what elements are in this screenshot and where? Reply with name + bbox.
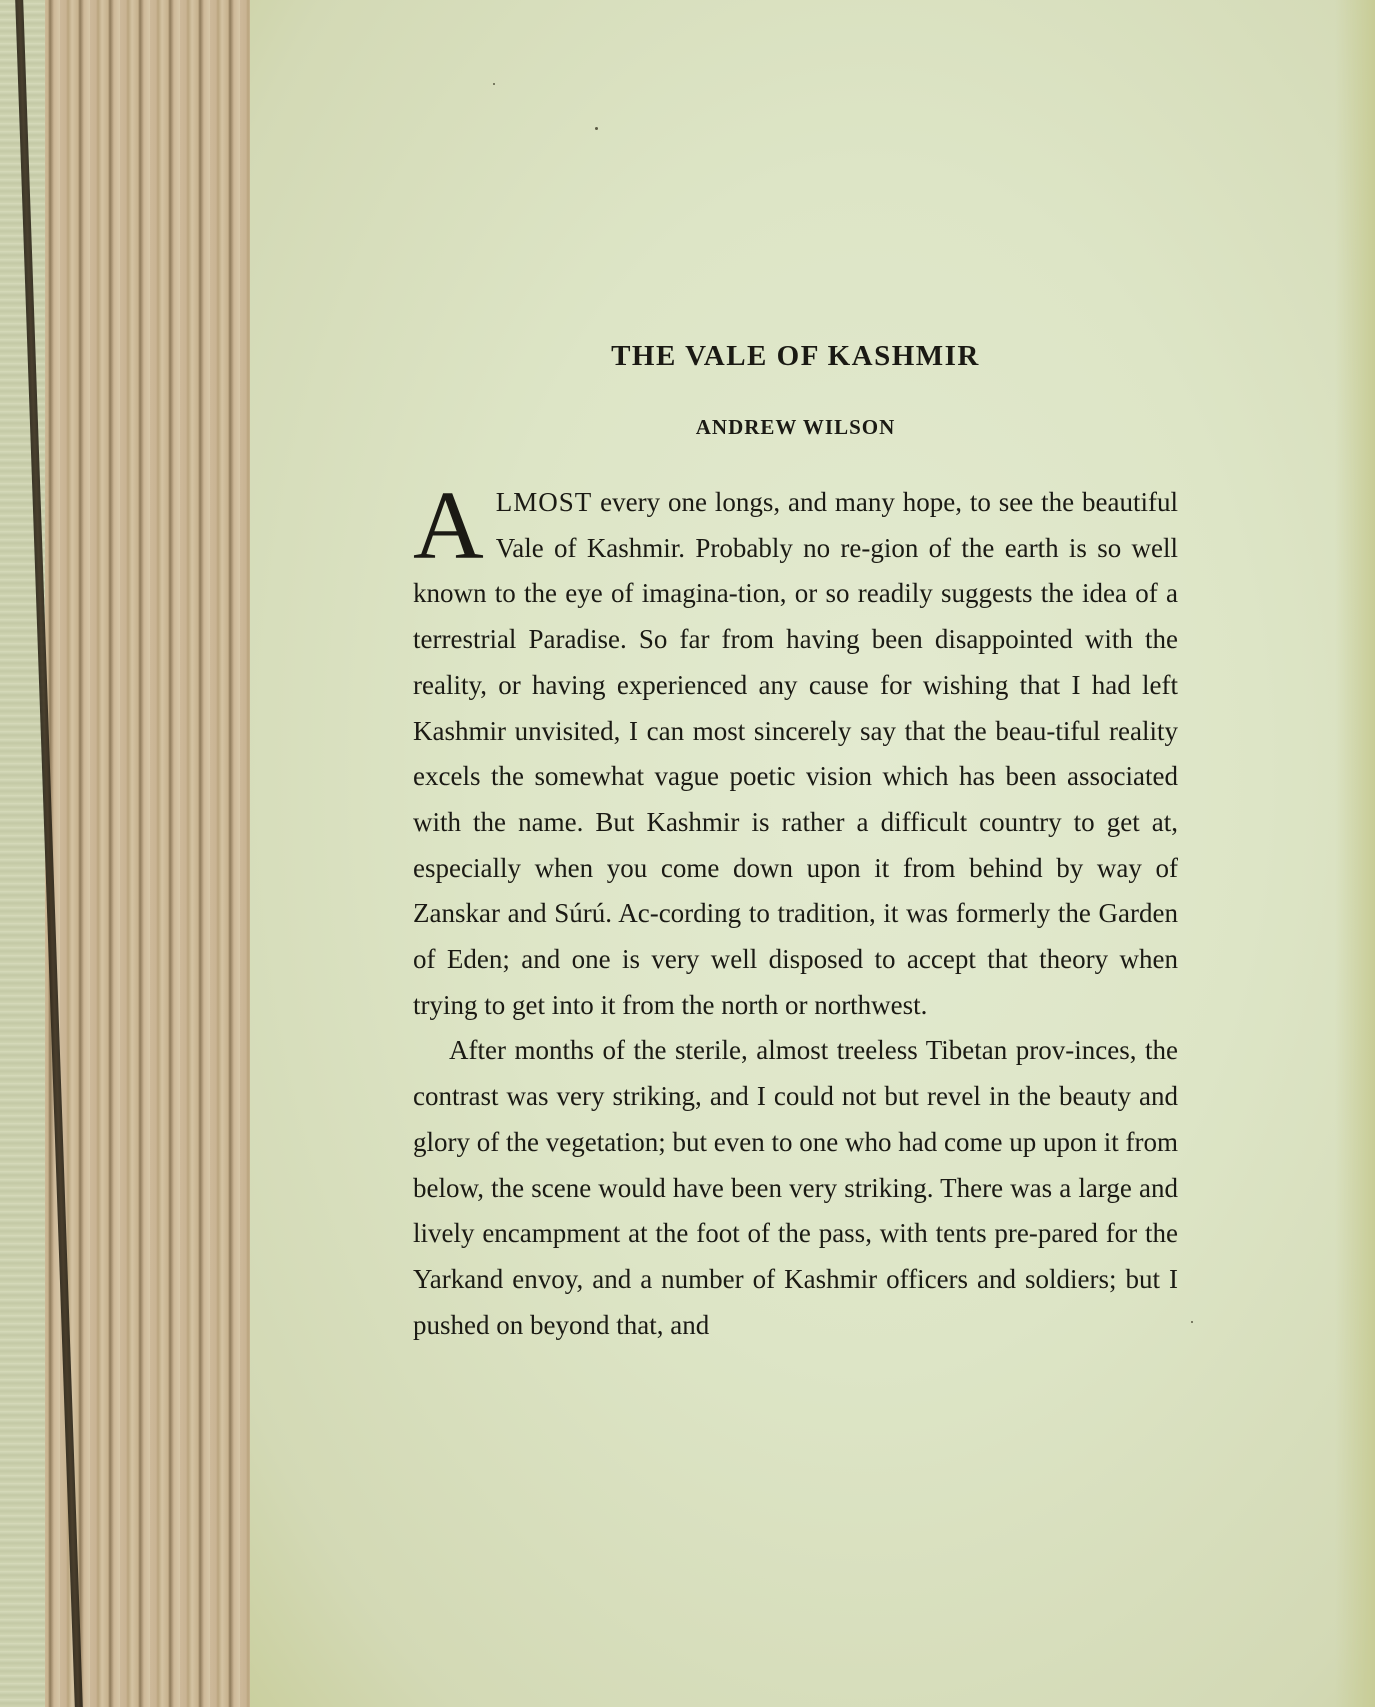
page-fore-edge	[1335, 0, 1375, 1707]
paragraph-2: After months of the sterile, almost tree…	[413, 1028, 1178, 1348]
paragraph-1-text: every one longs, and many hope, to see t…	[413, 487, 1178, 1020]
chapter-title: THE VALE OF KASHMIR	[413, 340, 1178, 373]
drop-cap: A	[413, 488, 484, 564]
facing-page-sliver	[0, 0, 45, 1707]
lead-caps: LMOST	[496, 487, 593, 517]
book-page: THE VALE OF KASHMIR ANDREW WILSON ALMOST…	[250, 0, 1375, 1707]
paragraph-1: ALMOST every one longs, and many hope, t…	[413, 480, 1178, 1028]
page-content: THE VALE OF KASHMIR ANDREW WILSON ALMOST…	[413, 340, 1178, 1348]
chapter-author: ANDREW WILSON	[413, 415, 1178, 440]
paragraph-2-text: After months of the sterile, almost tree…	[413, 1035, 1178, 1339]
paper-speck	[595, 127, 598, 130]
paper-speck	[1191, 1321, 1193, 1323]
paper-speck	[493, 83, 495, 85]
book-page-edges	[0, 0, 251, 1707]
body-text: ALMOST every one longs, and many hope, t…	[413, 480, 1178, 1348]
